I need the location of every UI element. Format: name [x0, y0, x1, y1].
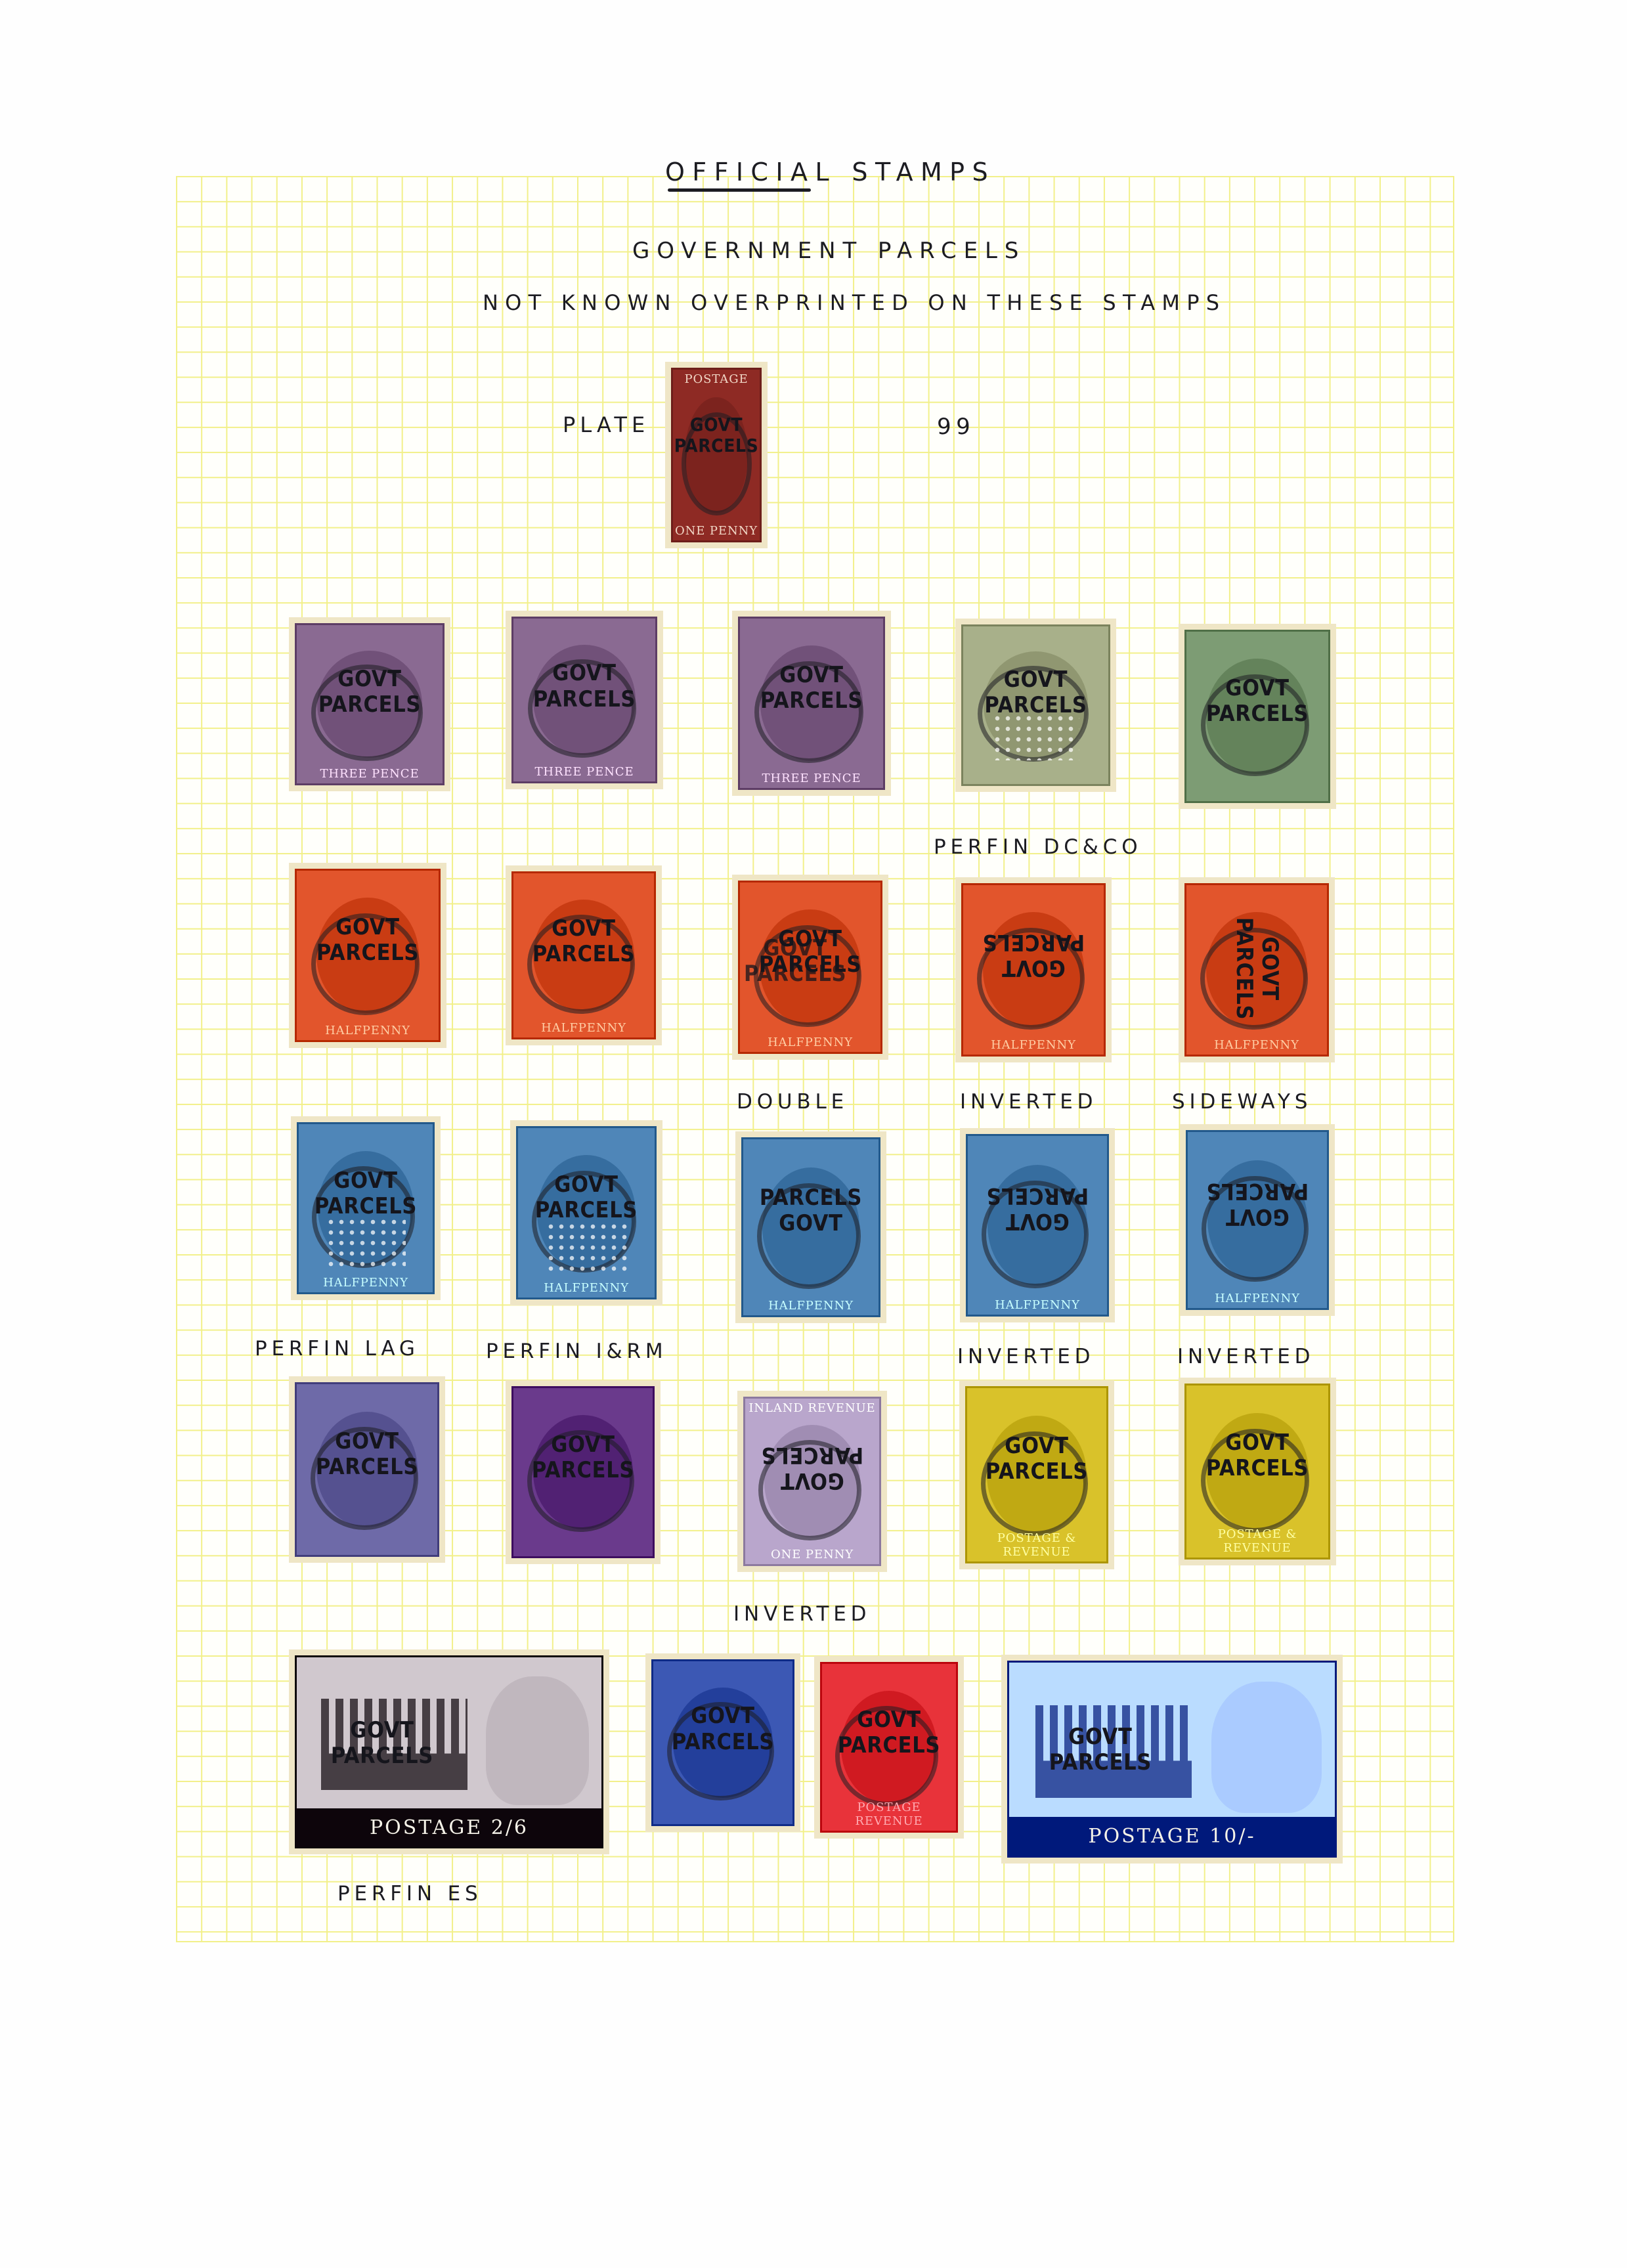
stamp-2-1[interactable]: HALFPENNYGOVTPARCELS: [510, 1120, 662, 1305]
stamp-face: HALFPENNYGOVTPARCELS: [1186, 1130, 1329, 1310]
stamp-bottom-text: HALFPENNY: [299, 1276, 433, 1290]
stamp-face: GOVTPARCELS: [295, 1382, 439, 1557]
stamp-top-text: INLAND REVENUE: [745, 1401, 879, 1415]
page-subtitle: GOVERNMENT PARCELS: [632, 238, 1026, 264]
stamp-1-1[interactable]: HALFPENNYGOVTPARCELS: [506, 865, 662, 1045]
stamp-bottom-text: HALFPENNY: [1188, 1292, 1327, 1305]
stamp-face: THREE PENCEGOVTPARCELS: [295, 623, 445, 785]
stamp-2-4[interactable]: HALFPENNYGOVTPARCELS: [1180, 1124, 1335, 1316]
govt-parcels-overprint: PARCELSGOVT: [743, 1185, 879, 1236]
govt-parcels-overprint: GOVTPARCELS: [653, 1703, 792, 1755]
stamp-face: HALFPENNYGOVTPARCELS: [511, 871, 656, 1039]
annotation-label: SIDEWAYS: [1172, 1090, 1312, 1114]
plate-number: 99: [937, 414, 975, 440]
stamp-bottom-text: POSTAGE & REVENUE: [967, 1531, 1106, 1559]
stamp-face: POSTAGE 10/-GOVTPARCELS: [1007, 1661, 1337, 1858]
govt-parcels-overprint: GOVTPARCELS: [822, 1707, 956, 1758]
govt-parcels-overprint: GOVTPARCELS: [297, 666, 443, 718]
govt-parcels-overprint: GOVTPARCELS: [963, 929, 1104, 980]
stamp-bottom-text: HALFPENNY: [743, 1299, 879, 1313]
govt-parcels-overprint: GOVTPARCELS: [518, 1172, 655, 1223]
govt-parcels-overprint: GOVTPARCELS: [1188, 1178, 1327, 1229]
perfin-holes: [546, 1221, 628, 1272]
stamp-2-0[interactable]: HALFPENNYGOVTPARCELS: [291, 1116, 441, 1300]
stamp-face: HALFPENNYGOVTPARCELS: [966, 1134, 1109, 1317]
govt-parcels-overprint: GOVTPARCELS: [1186, 1430, 1328, 1481]
annotation-label: DOUBLE: [737, 1090, 848, 1114]
stamp-3-1[interactable]: GOVTPARCELS: [506, 1380, 661, 1564]
govt-parcels-overprint: GOVTPARCELS: [968, 1183, 1107, 1234]
stamp-bottom-text: THREE PENCE: [513, 765, 655, 779]
stamp-0-4[interactable]: GOVTPARCELS: [1179, 624, 1336, 809]
stamp-0-1[interactable]: THREE PENCEGOVTPARCELS: [506, 611, 663, 789]
stamp-4-3[interactable]: POSTAGE 10/-GOVTPARCELS: [1001, 1655, 1343, 1864]
page-note: NOT KNOWN OVERPRINTED ON THESE STAMPS: [483, 290, 1226, 315]
stamp-face: THREE PENCEGOVTPARCELS: [738, 617, 885, 790]
stamp-2-2[interactable]: HALFPENNYPARCELSGOVT: [735, 1131, 886, 1323]
stamp-face: GOVTPARCELS: [511, 1386, 655, 1558]
stamp-face: HALFPENNYGOVTPARCELS: [961, 883, 1106, 1057]
stamp-face: HALFPENNYGOVTPARCELS: [516, 1126, 657, 1299]
stamp-face: POSTAGE & REVENUEGOVTPARCELS: [965, 1386, 1108, 1563]
stamp-face: THREE PENCEGOVTPARCELS: [511, 617, 657, 783]
stamp-0-0[interactable]: THREE PENCEGOVTPARCELS: [289, 617, 450, 791]
stamp-value-band: POSTAGE 2/6: [297, 1808, 601, 1846]
stamp-bottom-text: ONE PENNY: [673, 524, 760, 538]
stamp-1-4[interactable]: HALFPENNYGOVTPARCELS: [1179, 877, 1335, 1062]
stamp-1-2[interactable]: HALFPENNYGOVTPARCELS: [732, 875, 888, 1060]
govt-parcels-overprint: GOVTPARCELS: [740, 663, 883, 714]
stamp-3-4[interactable]: POSTAGE & REVENUEGOVTPARCELS: [1179, 1378, 1336, 1565]
govt-parcels-overprint: GOVTPARCELS: [297, 915, 439, 966]
stamp-1-3[interactable]: HALFPENNYGOVTPARCELS: [955, 877, 1112, 1062]
govt-parcels-overprint: GOVTPARCELS: [673, 414, 760, 456]
perfin-holes: [326, 1217, 406, 1267]
stamp-bottom-text: HALFPENNY: [968, 1298, 1107, 1312]
perfin-holes: [992, 713, 1079, 760]
stamp-3-0[interactable]: GOVTPARCELS: [289, 1376, 445, 1563]
govt-parcels-overprint: GOVTPARCELS: [513, 916, 654, 967]
govt-parcels-overprint: GOVTPARCELS: [1231, 898, 1282, 1039]
govt-parcels-overprint: GOVTPARCELS: [513, 661, 655, 712]
annotation-label: PERFIN ES: [337, 1882, 482, 1906]
govt-parcels-overprint: GOVTPARCELS: [967, 1433, 1106, 1485]
stamp-3-3[interactable]: POSTAGE & REVENUEGOVTPARCELS: [959, 1380, 1114, 1569]
stamp-bottom-text: HALFPENNY: [1186, 1038, 1327, 1052]
stamp-bottom-text: HALFPENNY: [963, 1038, 1104, 1052]
govt-parcels-overprint: GOVTPARCELS: [297, 1429, 437, 1480]
stamp-bottom-text: THREE PENCE: [740, 772, 883, 785]
govt-parcels-overprint: GOVTPARCELS: [299, 1168, 433, 1219]
annotation-label: PERFIN LAG: [255, 1337, 420, 1361]
stamp-face: HALFPENNYGOVTPARCELS: [297, 1122, 435, 1294]
stamp-bottom-text: POSTAGE REVENUE: [822, 1800, 956, 1828]
stamp-bottom-text: HALFPENNY: [518, 1281, 655, 1295]
stamp-4-1[interactable]: GOVTPARCELS: [645, 1653, 800, 1832]
stamp-1-0[interactable]: HALFPENNYGOVTPARCELS: [289, 863, 446, 1048]
stamp-bottom-text: HALFPENNY: [513, 1021, 654, 1035]
stamp-face: HALFPENNYGOVTPARCELS: [295, 869, 441, 1042]
stamp-face: GOVTPARCELS: [651, 1659, 794, 1826]
stamp-top-text: POSTAGE: [673, 372, 760, 386]
govt-parcels-overprint: GOVTPARCELS: [963, 667, 1108, 718]
stamp-bottom-text: POSTAGE & REVENUE: [1186, 1527, 1328, 1555]
govt-parcels-overprint: GOVTPARCELS: [1029, 1724, 1172, 1776]
stamp-face: INLAND REVENUE ONE PENNYGOVTPARCELS: [743, 1397, 881, 1566]
annotation-label: INVERTED: [957, 1345, 1095, 1368]
stamp-bottom-text: HALFPENNY: [297, 1024, 439, 1037]
stamp-4-0[interactable]: POSTAGE 2/6GOVTPARCELS: [289, 1649, 609, 1854]
stamp-face: POSTAGE 2/6GOVTPARCELS: [295, 1655, 603, 1848]
stamp-face: HALFPENNYGOVTPARCELS: [738, 881, 882, 1054]
annotation-label: PERFIN DC&CO: [934, 835, 1142, 859]
stamp-0-2[interactable]: THREE PENCEGOVTPARCELS: [732, 611, 891, 796]
annotation-label: INVERTED: [1177, 1345, 1314, 1368]
stamp-face: HALFPENNYGOVTPARCELS: [1184, 883, 1329, 1057]
govt-parcels-overprint: GOVTPARCELS: [315, 1718, 449, 1769]
stamp-2-3[interactable]: HALFPENNYGOVTPARCELS: [960, 1128, 1115, 1322]
title-underline: [668, 188, 811, 192]
plate-label: PLATE: [563, 412, 649, 437]
stamp-0-3[interactable]: GOVTPARCELS: [955, 619, 1116, 792]
stamp-face: POSTAGE REVENUEGOVTPARCELS: [820, 1662, 958, 1833]
stamp-penny-red-plate-99[interactable]: POSTAGE GOVTPARCELS ONE PENNY: [665, 362, 768, 548]
queen-portrait: [486, 1676, 590, 1805]
annotation-label: INVERTED: [733, 1602, 871, 1626]
stamp-4-2[interactable]: POSTAGE REVENUEGOVTPARCELS: [814, 1656, 964, 1839]
stamp-face: POSTAGE GOVTPARCELS ONE PENNY: [671, 368, 762, 542]
stamp-face: GOVTPARCELS: [961, 624, 1110, 786]
govt-parcels-overprint: GOVTPARCELS: [740, 927, 880, 978]
stamp-3-2[interactable]: INLAND REVENUE ONE PENNYGOVTPARCELS: [737, 1391, 887, 1572]
annotation-label: PERFIN I&RM: [486, 1340, 667, 1363]
stamp-face: POSTAGE & REVENUEGOVTPARCELS: [1184, 1384, 1330, 1559]
stamp-bottom-text: THREE PENCE: [297, 767, 443, 781]
stamp-bottom-text: ONE PENNY: [745, 1548, 879, 1561]
queen-portrait: [1211, 1682, 1322, 1813]
annotation-label: INVERTED: [960, 1090, 1097, 1114]
govt-parcels-overprint: GOVTPARCELS: [745, 1442, 879, 1493]
stamp-bottom-text: HALFPENNY: [740, 1036, 880, 1049]
page-title: OFFICIAL STAMPS: [665, 158, 995, 186]
govt-parcels-overprint: GOVTPARCELS: [1186, 676, 1328, 727]
stamp-face: HALFPENNYPARCELSGOVT: [741, 1137, 880, 1317]
stamp-face: GOVTPARCELS: [1184, 630, 1330, 803]
govt-parcels-overprint: GOVTPARCELS: [513, 1432, 653, 1483]
stamp-value-band: POSTAGE 10/-: [1009, 1817, 1335, 1856]
